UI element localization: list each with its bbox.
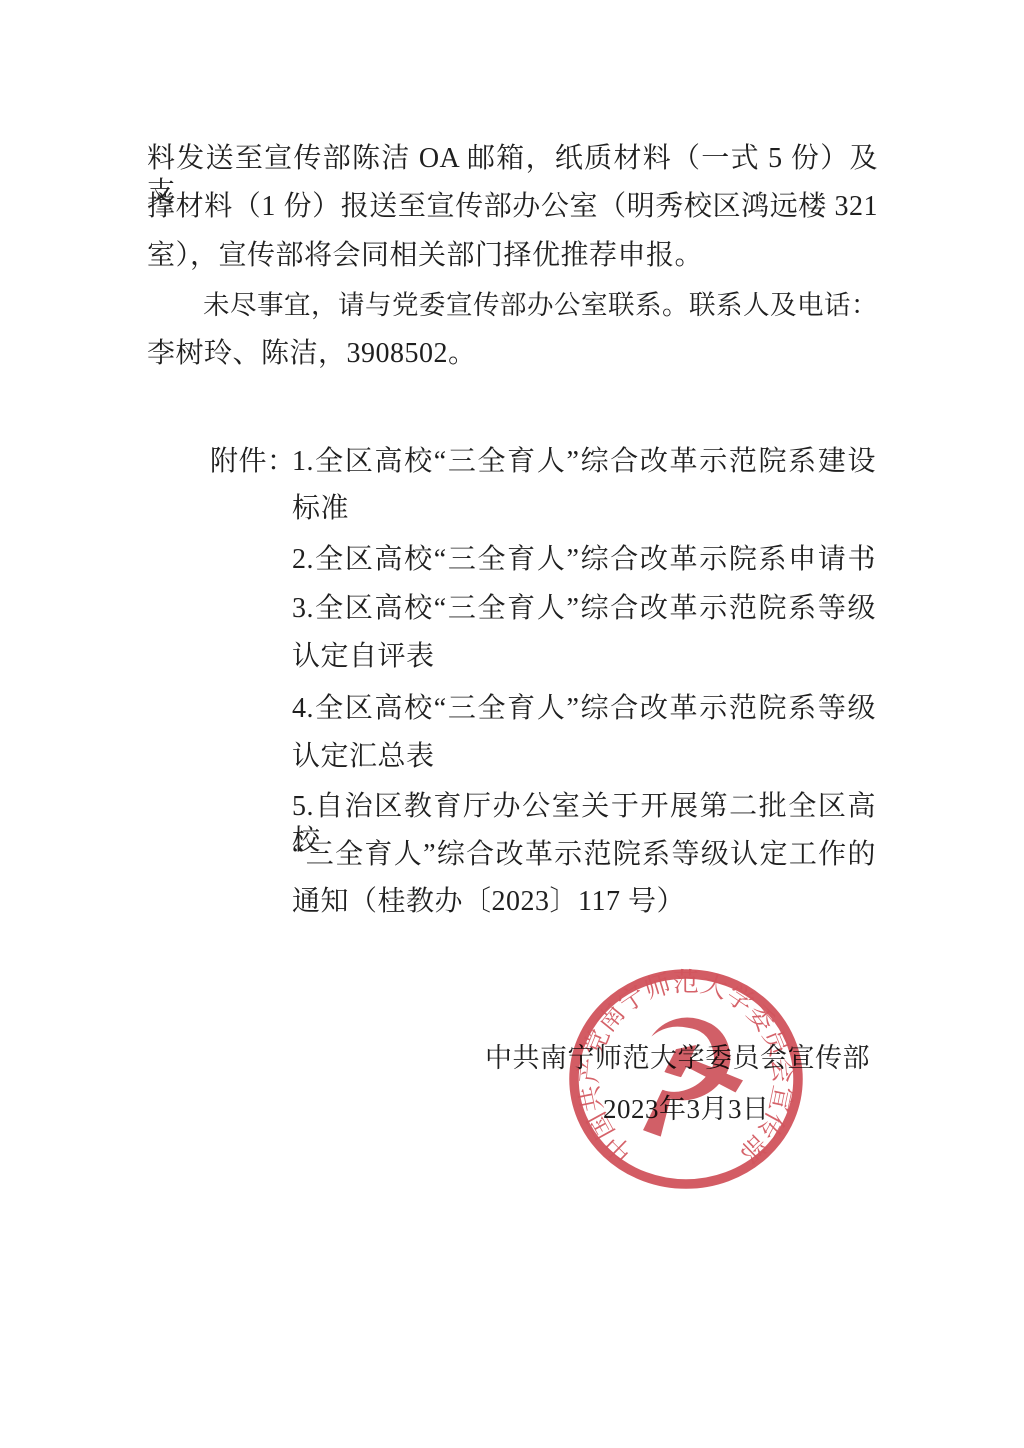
attachment-item: 3.全区高校“三全育人”综合改革示范院系等级 <box>292 592 876 626</box>
attachment-item: 通知（桂教办〔2023〕117 号） <box>292 885 876 919</box>
attachment-item: 1.全区高校“三全育人”综合改革示范院系建设 <box>292 445 876 479</box>
attachment-item: 标准 <box>292 492 876 526</box>
body-line: 未尽事宜，请与党委宣传部办公室联系。联系人及电话： <box>203 290 878 322</box>
body-line: 李树玲、陈洁，3908502。 <box>147 337 878 371</box>
official-seal: 中国共产党南宁师范大学委员会宣传部 ☭ <box>563 963 809 1195</box>
attachment-item: 认定自评表 <box>292 640 876 674</box>
body-line: 室），宣传部将会同相关部门择优推荐申报。 <box>147 239 878 273</box>
attachment-item: 4.全区高校“三全育人”综合改革示范院系等级 <box>292 692 876 726</box>
attachment-item: 认定汇总表 <box>292 740 876 774</box>
attachment-item: “三全育人”综合改革示范院系等级认定工作的 <box>292 838 876 872</box>
body-line: 撑材料（1 份）报送至宣传部办公室（明秀校区鸿远楼 321 <box>147 190 878 224</box>
document-page: 料发送至宣传部陈洁 OA 邮箱，纸质材料（一式 5 份）及支 撑材料（1 份）报… <box>0 0 1024 1448</box>
attachment-item: 2.全区高校“三全育人”综合改革示院系申请书 <box>292 543 876 577</box>
attachment-label: 附件： <box>210 445 296 479</box>
